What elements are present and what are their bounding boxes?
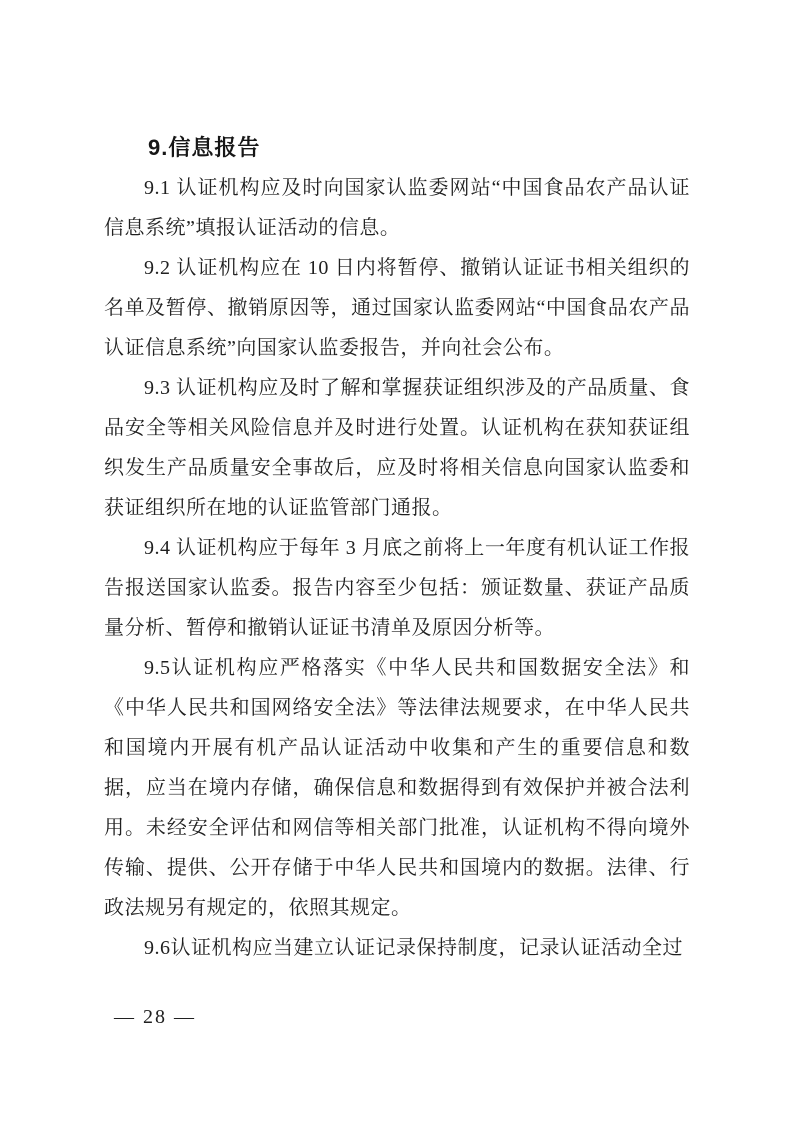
page-number: — 28 — bbox=[114, 1002, 196, 1032]
paragraph-9-1: 9.1 认证机构应及时向国家认监委网站“中国食品农产品认证信息系统”填报认证活动… bbox=[104, 168, 690, 248]
paragraph-9-4: 9.4 认证机构应于每年 3 月底之前将上一年度有机认证工作报告报送国家认监委。… bbox=[104, 528, 690, 648]
paragraph-9-3: 9.3 认证机构应及时了解和掌握获证组织涉及的产品质量、食品安全等相关风险信息并… bbox=[104, 368, 690, 528]
paragraph-9-6: 9.6认证机构应当建立认证记录保持制度，记录认证活动全过 bbox=[104, 928, 690, 968]
paragraph-9-5: 9.5认证机构应严格落实《中华人民共和国数据安全法》和《中华人民共和国网络安全法… bbox=[104, 648, 690, 928]
document-page: 9.信息报告 9.1 认证机构应及时向国家认监委网站“中国食品农产品认证信息系统… bbox=[0, 0, 794, 1123]
paragraph-9-2: 9.2 认证机构应在 10 日内将暂停、撤销认证证书相关组织的名单及暂停、撤销原… bbox=[104, 248, 690, 368]
document-body: 9.信息报告 9.1 认证机构应及时向国家认监委网站“中国食品农产品认证信息系统… bbox=[104, 128, 690, 968]
section-heading: 9.信息报告 bbox=[104, 128, 690, 168]
